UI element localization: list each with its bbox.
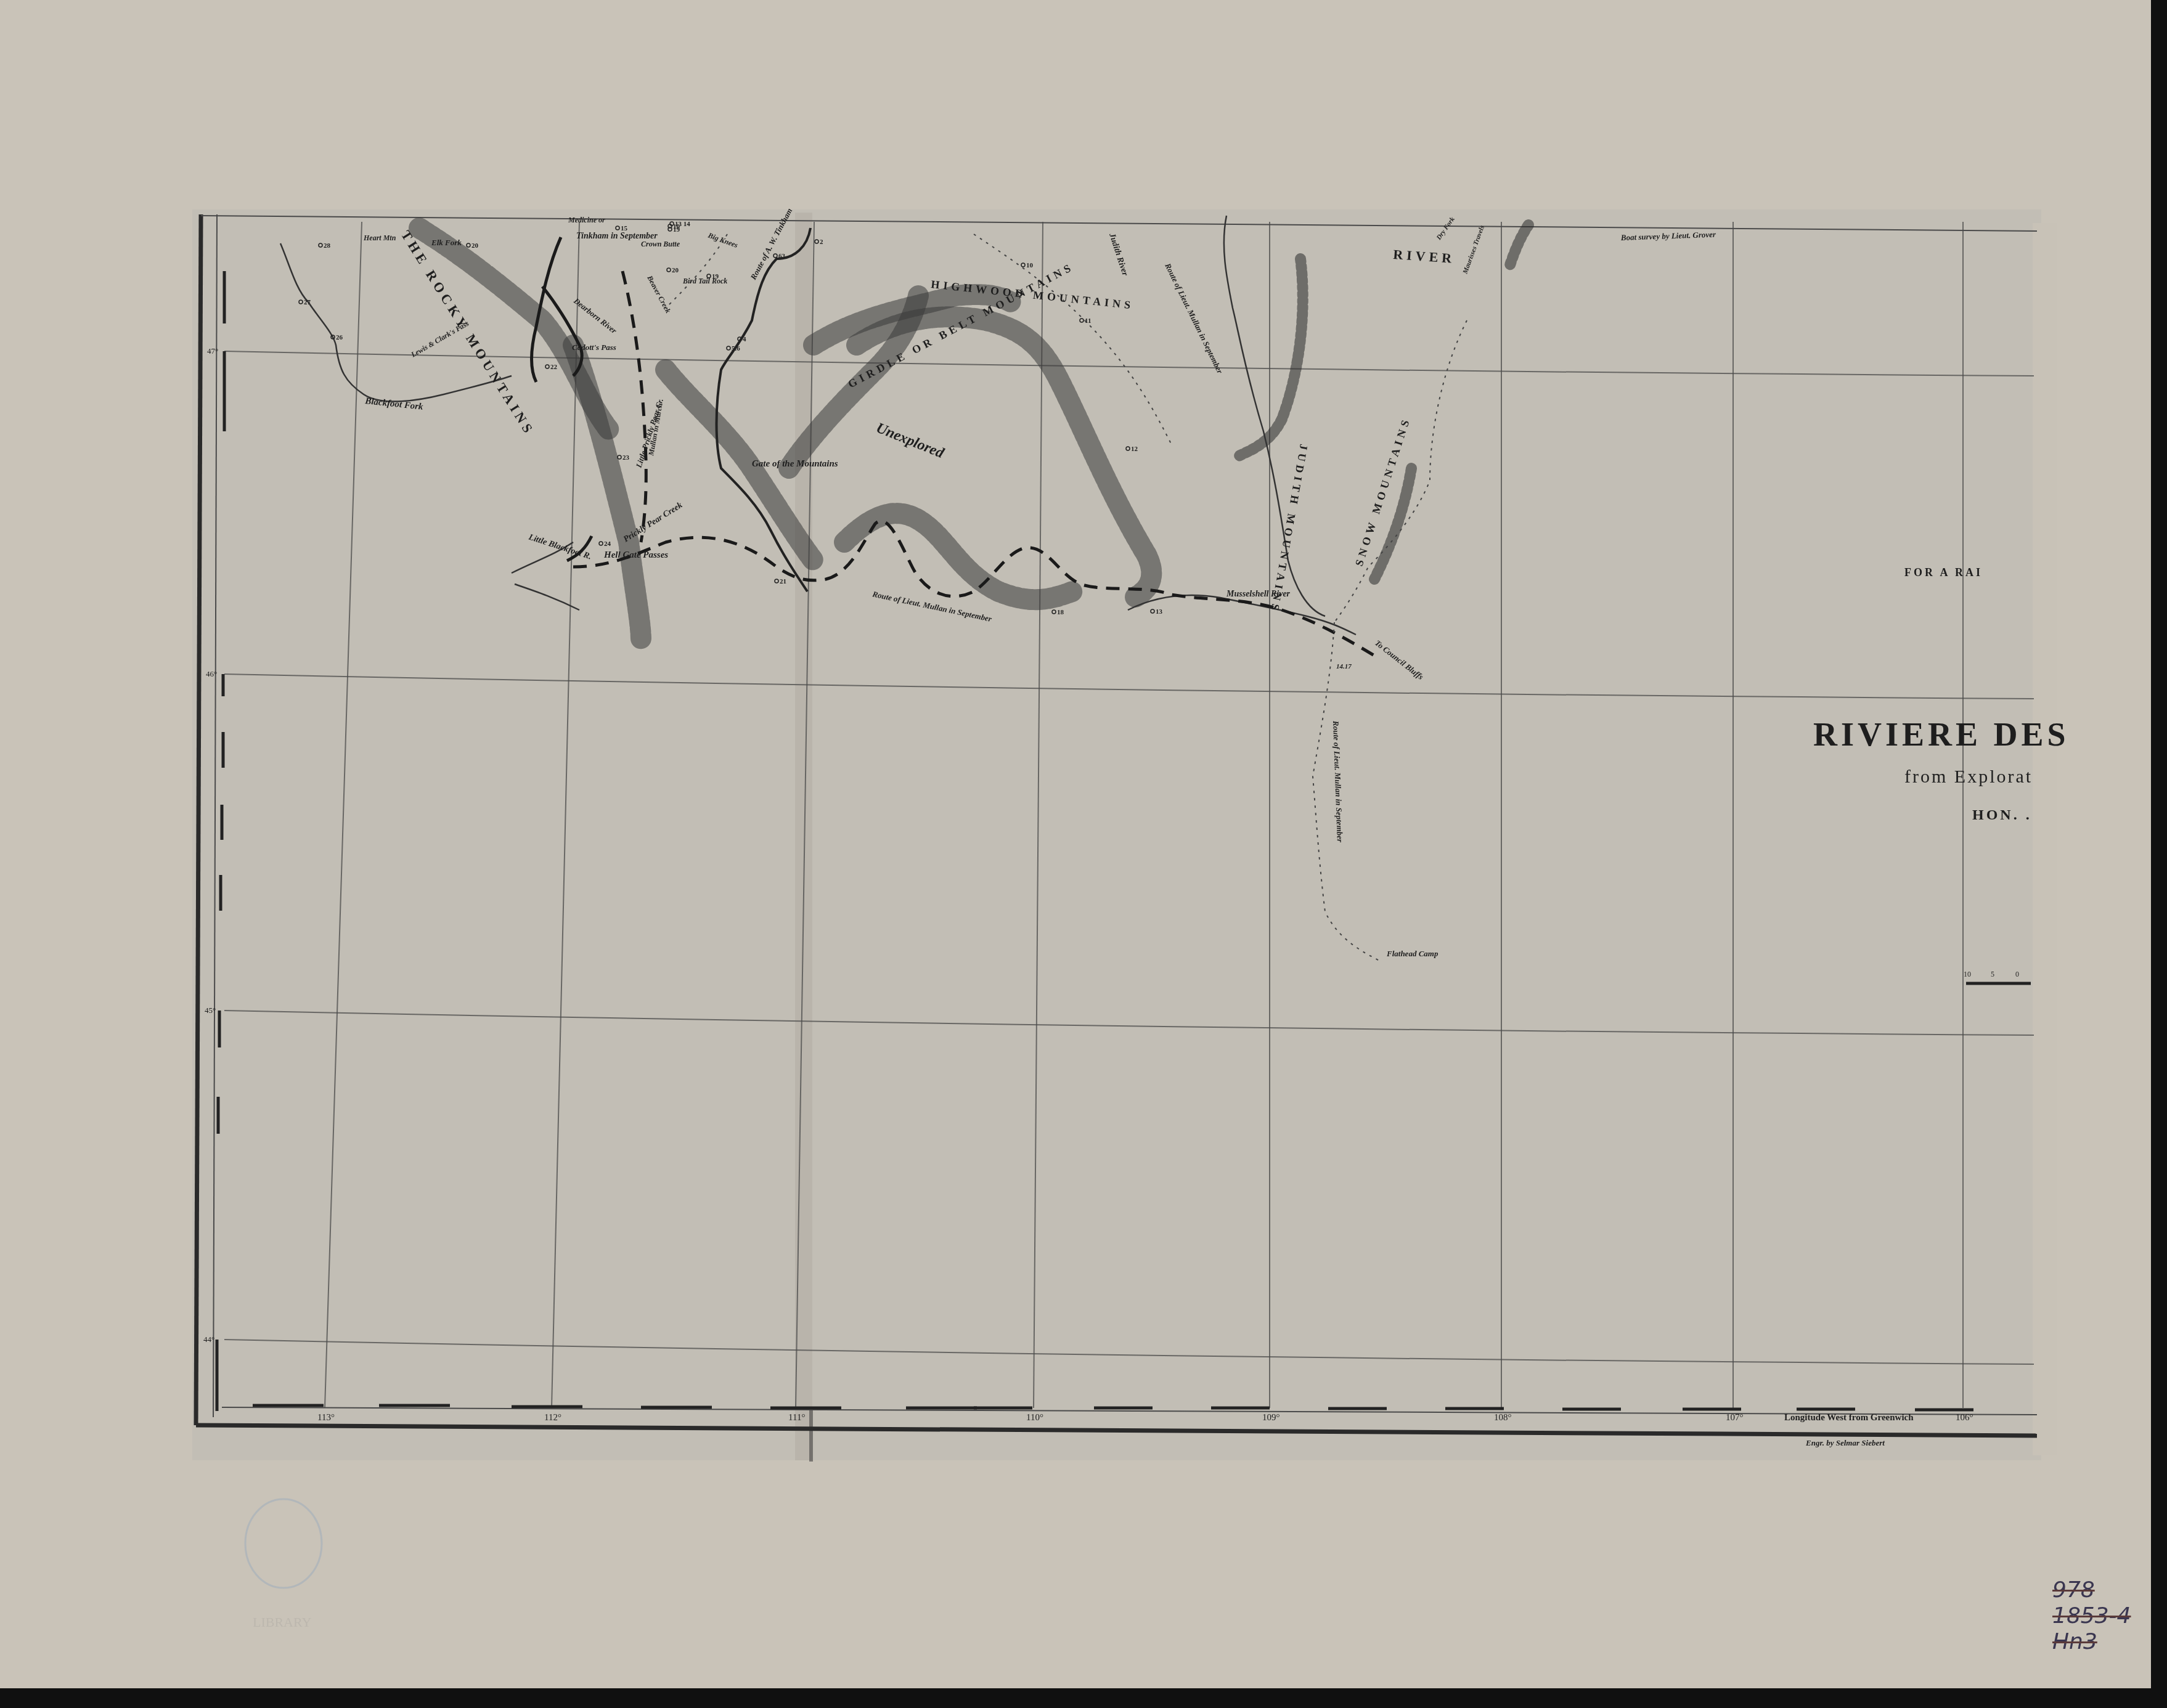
camp-marker-icon xyxy=(1052,610,1056,614)
camp-number: 11 xyxy=(1085,317,1091,325)
meridian-line xyxy=(552,222,579,1408)
place-label: Heart Mtn xyxy=(363,234,396,242)
map-credit: HON. . xyxy=(1972,807,2032,823)
camp-marker-icon xyxy=(467,243,470,247)
place-label: To Council Bluffs xyxy=(1373,638,1425,682)
place-label: Big Knees xyxy=(706,230,739,250)
latitude-label: 47° xyxy=(207,346,218,356)
parallel-line xyxy=(224,674,2034,699)
camp-marker-icon xyxy=(1126,447,1130,450)
place-label: Route of Lieut. Mullan in September xyxy=(1331,720,1345,844)
camp-marker-icon xyxy=(299,300,303,304)
longitude-label: 108° xyxy=(1494,1413,1512,1423)
parallel-line xyxy=(224,1340,2034,1364)
longitude-label: 111° xyxy=(788,1413,805,1423)
camp-number: 27 xyxy=(304,299,311,306)
catalog-number: 978 xyxy=(2052,1577,2145,1603)
scale-label-0: 0 xyxy=(2015,970,2019,978)
place-label: Flathead Camp xyxy=(1386,949,1439,958)
latitude-label: 46° xyxy=(206,669,217,678)
catalog-date: 1853-4 xyxy=(2052,1603,2145,1629)
longitude-label: 106° xyxy=(1956,1413,1973,1423)
meridian-line xyxy=(325,222,362,1408)
map-subtitle: from Explorat xyxy=(1904,767,2033,787)
place-label: Dearborn River xyxy=(571,296,619,336)
camp-number: 4 xyxy=(743,336,746,343)
camp-number: 12 xyxy=(1131,445,1138,453)
camp-number: 18 xyxy=(1057,609,1064,616)
camp-marker-icon xyxy=(599,542,603,545)
place-label: Unexplored xyxy=(874,420,947,462)
scale-label-5: 5 xyxy=(1991,970,1994,978)
camp-number: 22 xyxy=(550,364,558,371)
place-label: Elk Fork xyxy=(431,238,462,247)
range-label: JUDITH MOUNTAINS xyxy=(1268,443,1310,614)
meridian-line xyxy=(1034,222,1043,1408)
place-label: Dry Fork xyxy=(1435,216,1456,242)
camp-number: 20 xyxy=(471,242,479,250)
stamp-text: LIBRARY xyxy=(253,1614,311,1630)
latitude-label: 44° xyxy=(203,1335,214,1344)
camp-number: 26 xyxy=(336,334,343,341)
title-block: FOR A RAI RIVIERE DES from Explorat HON.… xyxy=(1813,566,2070,983)
place-label: Route of A. W. Tinkham xyxy=(748,206,794,282)
range-label: RIVER xyxy=(1393,246,1456,266)
longitude-label: 107° xyxy=(1726,1413,1744,1423)
place-label: Little Blackfoot R. xyxy=(527,532,593,561)
camp-marker-icon xyxy=(616,226,619,230)
place-label: Hell Gate Passes xyxy=(603,550,668,560)
engraver-credit: Engr. by Selmar Siebert xyxy=(1805,1438,1885,1447)
map-canvas: 282726201513 141910201926345.62223242110… xyxy=(0,0,2167,1708)
camp-number: 24 xyxy=(604,540,611,548)
graticule xyxy=(224,222,2034,1408)
longitude-labels: 113°112°111°110°109°108°107°106° xyxy=(317,1413,1973,1423)
place-label: Blackfoot Fork xyxy=(364,396,424,412)
camp-number: 10 xyxy=(1026,262,1034,269)
camp-number: 28 xyxy=(324,242,331,250)
longitude-label: 110° xyxy=(1026,1413,1043,1423)
longitude-label: 112° xyxy=(544,1413,561,1423)
camp-number: 2 xyxy=(820,238,823,246)
latitude-scale-bars xyxy=(217,271,224,1411)
place-label: Maurisses Travels xyxy=(1461,224,1486,275)
longitude-scale-bars xyxy=(253,1405,1973,1410)
place-label: Crown Butte xyxy=(641,240,680,248)
longitude-caption: Longitude West from Greenwich xyxy=(1784,1413,1914,1423)
camp-marker-icon xyxy=(667,268,671,272)
place-label: Route of Lieut. Mullan in September xyxy=(1163,261,1225,376)
place-label: Cadott's Pass xyxy=(572,343,616,352)
place-label: 14.17 xyxy=(1336,663,1352,670)
camp-marker-icon xyxy=(775,579,778,583)
longitude-label: 113° xyxy=(317,1413,335,1423)
place-label: Tinkham in September xyxy=(576,232,658,241)
latitude-label: 45° xyxy=(205,1006,216,1015)
camp-marker-icon xyxy=(1080,319,1083,322)
place-label: Beaver Creek xyxy=(645,274,672,315)
catalog-ref: Hn3 xyxy=(2052,1629,2145,1655)
camp-number: 23 xyxy=(622,454,630,462)
place-label: Bird Tail Rock xyxy=(682,277,727,285)
camp-number: 21 xyxy=(780,578,786,585)
camp-number: 5.6 xyxy=(732,345,740,352)
heading-fragment: FOR A RAI xyxy=(1904,566,1983,579)
longitude-label: 109° xyxy=(1262,1413,1280,1423)
place-label: Medicine or xyxy=(568,216,605,224)
catalog-annotation: 978 1853-4 Hn3 xyxy=(2052,1577,2145,1655)
camp-marker-icon xyxy=(618,455,621,459)
map-frame xyxy=(196,214,2037,1436)
camp-marker-icon xyxy=(319,243,322,247)
camp-marker-icon xyxy=(727,346,730,350)
camp-marker-icon xyxy=(1021,263,1025,267)
place-label: Lewis & Clark's Pass xyxy=(409,319,471,359)
place-label: Gate of the Mountains xyxy=(752,459,838,469)
parallel-line xyxy=(224,1011,2034,1035)
camp-number: 20 xyxy=(672,267,679,274)
camp-marker-icon xyxy=(773,254,777,258)
camp-number: 10 xyxy=(673,223,680,230)
library-stamp: LIBRARY xyxy=(245,1499,322,1630)
map-title: RIVIERE DES xyxy=(1813,716,2070,753)
camp-number: 13 xyxy=(1156,608,1163,616)
place-label: Musselshell River xyxy=(1226,590,1291,599)
place-label: Boat survey by Lieut. Grover xyxy=(1620,230,1717,242)
place-label: Route of Lieut. Mullan in September xyxy=(871,589,993,624)
place-label: Judith River xyxy=(1107,232,1130,278)
camp-marker-icon xyxy=(815,240,818,243)
scale-label-10: 10 xyxy=(1964,970,1971,978)
camp-marker-icon xyxy=(1151,609,1154,613)
camp-marker-icon xyxy=(545,365,549,368)
camp-number: 63 xyxy=(778,253,786,260)
